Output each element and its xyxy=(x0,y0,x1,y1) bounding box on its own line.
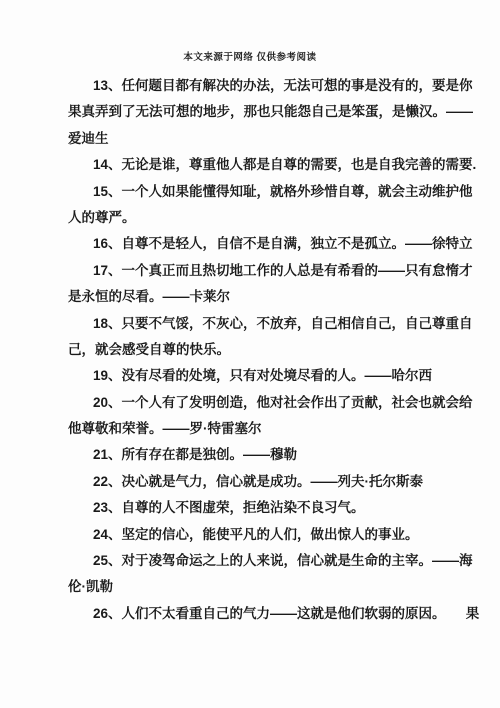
quote-paragraph: 17、一个真正而且热切地工作的人总是有希看的——只有怠惰才是永恒的尽看。——卡莱… xyxy=(68,258,460,311)
quote-paragraph: 21、所有存在都是独创。——穆勒 xyxy=(68,442,460,468)
text-line: 他尊敬和荣誉。——罗·特雷塞尔 xyxy=(68,416,460,442)
quote-paragraph: 18、只要不气馁，不灰心，不放弃，自己相信自己，自己尊重自己，就会感受自尊的快乐… xyxy=(68,311,460,364)
text-line: 23、自尊的人不图虚荣，拒绝沾染不良习气。 xyxy=(68,495,460,521)
document-body: 13、任何题目都有解决的办法，无法可想的事是没有的，要是你果真弄到了无法可想的地… xyxy=(68,73,460,627)
text-line: 18、只要不气馁，不灰心，不放弃，自己相信自己，自己尊重自 xyxy=(68,311,460,337)
text-line: 17、一个真正而且热切地工作的人总是有希看的——只有怠惰才 xyxy=(68,258,460,284)
text-line: 24、坚定的信心，能使平凡的人们，做出惊人的事业。 xyxy=(68,522,460,548)
text-line: 是永恒的尽看。——卡莱尔 xyxy=(68,284,460,310)
quote-paragraph: 24、坚定的信心，能使平凡的人们，做出惊人的事业。 xyxy=(68,522,460,548)
quote-paragraph: 26、人们不太看重自己的气力——这就是他们软弱的原因。 果 xyxy=(68,601,460,627)
quote-paragraph: 23、自尊的人不图虚荣，拒绝沾染不良习气。 xyxy=(68,495,460,521)
quote-paragraph: 19、没有尽看的处境，只有对处境尽看的人。——哈尔西 xyxy=(68,363,460,389)
text-line: 19、没有尽看的处境，只有对处境尽看的人。——哈尔西 xyxy=(68,363,460,389)
text-line: 20、一个人有了发明创造，他对社会作出了贡献，社会也就会给 xyxy=(68,390,460,416)
text-line: 15、一个人如果能懂得知耻，就格外珍惜自尊，就会主动维护他 xyxy=(68,179,460,205)
text-line: 21、所有存在都是独创。——穆勒 xyxy=(68,442,460,468)
text-line: 爱迪生 xyxy=(68,126,460,152)
source-notice: 本文来源于网络 仅供参考阅读 xyxy=(0,49,500,63)
text-line: 果真弄到了无法可想的地步，那也只能怨自己是笨蛋，是懒汉。—— xyxy=(68,99,460,125)
quote-paragraph: 20、一个人有了发明创造，他对社会作出了贡献，社会也就会给他尊敬和荣誉。——罗·… xyxy=(68,390,460,443)
quote-paragraph: 25、对于凌驾命运之上的人来说，信心就是生命的主宰。——海伦·凯勒 xyxy=(68,548,460,601)
quote-paragraph: 13、任何题目都有解决的办法，无法可想的事是没有的，要是你果真弄到了无法可想的地… xyxy=(68,73,460,152)
text-line: 14、无论是谁，尊重他人都是自尊的需要，也是自我完善的需要. xyxy=(68,152,460,178)
text-line: 人的尊严。 xyxy=(68,205,460,231)
text-line: 26、人们不太看重自己的气力——这就是他们软弱的原因。 果 xyxy=(68,601,460,627)
quote-paragraph: 15、一个人如果能懂得知耻，就格外珍惜自尊，就会主动维护他人的尊严。 xyxy=(68,179,460,232)
text-line: 16、自尊不是轻人，自信不是自满，独立不是孤立。——徐特立 xyxy=(68,231,460,257)
text-line: 22、决心就是气力，信心就是成功。——列夫·托尔斯泰 xyxy=(68,469,460,495)
text-line: 25、对于凌驾命运之上的人来说，信心就是生命的主宰。——海 xyxy=(68,548,460,574)
document-page: 本文来源于网络 仅供参考阅读 13、任何题目都有解决的办法，无法可想的事是没有的… xyxy=(0,0,500,708)
text-line: 伦·凯勒 xyxy=(68,574,460,600)
text-line: 己，就会感受自尊的快乐。 xyxy=(68,337,460,363)
quote-paragraph: 14、无论是谁，尊重他人都是自尊的需要，也是自我完善的需要. xyxy=(68,152,460,178)
quote-paragraph: 16、自尊不是轻人，自信不是自满，独立不是孤立。——徐特立 xyxy=(68,231,460,257)
text-line: 13、任何题目都有解决的办法，无法可想的事是没有的，要是你 xyxy=(68,73,460,99)
quote-paragraph: 22、决心就是气力，信心就是成功。——列夫·托尔斯泰 xyxy=(68,469,460,495)
